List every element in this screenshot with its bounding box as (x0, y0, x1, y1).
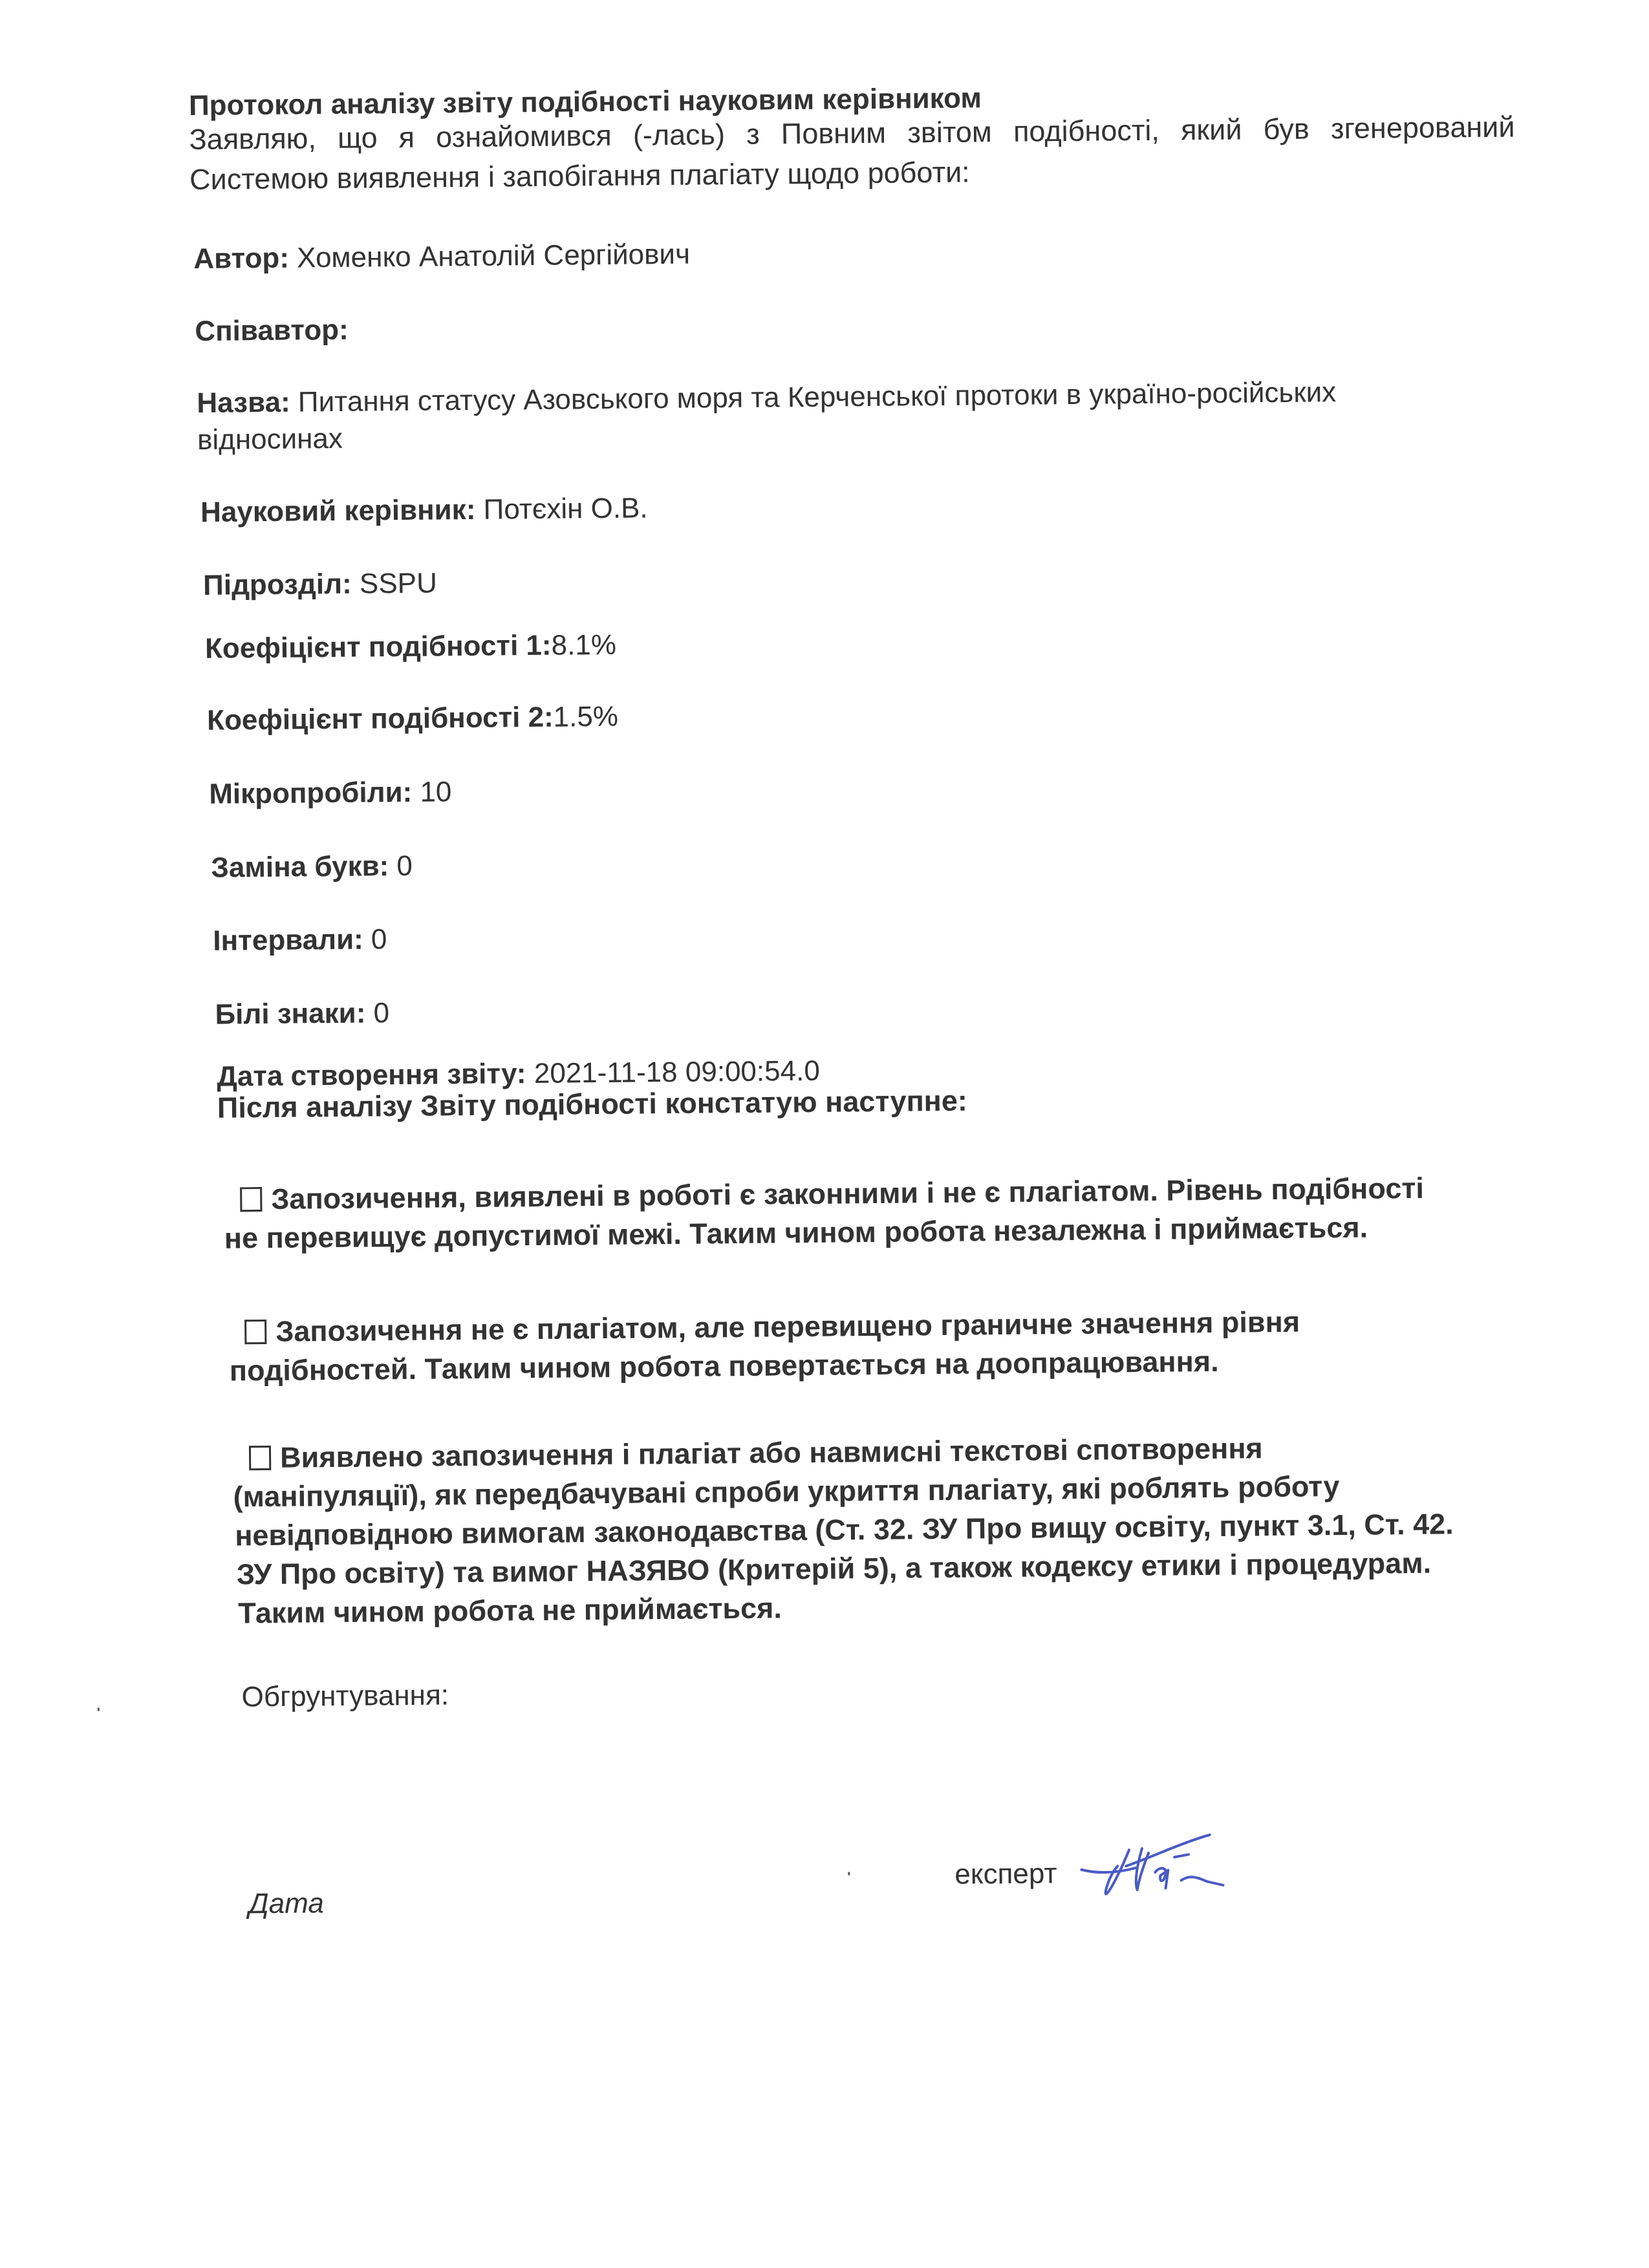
field-letter-replacement: Заміна букв: 0 (211, 850, 413, 885)
option-1-checkbox[interactable] (240, 1187, 262, 1212)
expert-label: експерт (954, 1857, 1057, 1892)
option-3-text: Виявлено запозичення і плагіат або навми… (280, 1431, 1263, 1474)
option-1-line-2: не перевищує допустимої межі. Таким чино… (224, 1211, 1368, 1256)
field-value: 8.1% (551, 629, 616, 661)
field-title: Назва: Питання статусу Азовського моря т… (197, 376, 1336, 420)
field-label: Інтервали: (213, 924, 363, 957)
field-title-line-2: відносинах (197, 422, 343, 457)
option-2-line-1: Запозичення не є плагіатом, але перевище… (244, 1305, 1300, 1349)
field-coauthor: Співавтор: (195, 314, 349, 348)
option-2-checkbox[interactable] (244, 1320, 266, 1344)
field-supervisor: Науковий керівник: Потєхін О.В. (200, 491, 648, 530)
field-similarity-1: Коефіцієнт подібності 1:8.1% (205, 628, 616, 666)
scan-speck (848, 1872, 850, 1875)
field-label: Заміна букв: (211, 850, 389, 884)
option-1-line-1: Запозичення, виявлені в роботі є законни… (240, 1171, 1424, 1217)
field-author: Автор: Хоменко Анатолій Сергійович (193, 238, 690, 276)
document-page: Протокол аналізу звіту подібності науков… (0, 0, 1649, 2268)
field-intervals: Інтервали: 0 (213, 923, 387, 958)
field-label: Коефіцієнт подібності 2: (207, 701, 554, 736)
field-label: Співавтор: (195, 314, 349, 347)
field-value: Питання статусу Азовського моря та Керче… (290, 376, 1336, 418)
field-value: 2021-11-18 09:00:54.0 (526, 1055, 820, 1089)
option-3-checkbox[interactable] (249, 1446, 271, 1470)
date-label: Дата (248, 1887, 324, 1921)
field-label: Автор: (193, 242, 289, 275)
option-2-text: Запозичення не є плагіатом, але перевище… (275, 1305, 1300, 1348)
option-3-line-3: невідповідною вимогам законодавства (Ст.… (235, 1507, 1454, 1552)
signature-icon (1077, 1830, 1233, 1909)
scan-speck (98, 1708, 100, 1711)
field-microspaces: Мікропробіли: 10 (209, 775, 452, 811)
field-label: Науковий керівник: (200, 494, 476, 528)
field-similarity-2: Коефіцієнт подібності 2:1.5% (207, 700, 618, 738)
field-value: Потєхін О.В. (475, 492, 648, 526)
field-value: 10 (412, 776, 452, 808)
field-value: 0 (389, 850, 413, 882)
field-label: Білі знаки: (215, 998, 365, 1031)
option-2-line-2: подібностей. Таким чином робота повертає… (230, 1345, 1219, 1388)
field-label: Підрозділ: (203, 568, 352, 601)
field-label: Коефіцієнт подібності 1: (205, 630, 552, 665)
option-3-line-5: Таким чином робота не приймається. (238, 1591, 782, 1630)
justification-label: Обгрунтування: (241, 1678, 449, 1714)
option-1-text: Запозичення, виявлені в роботі є законни… (271, 1171, 1424, 1215)
intro-line-2: Системою виявлення і запобігання плагіат… (189, 155, 970, 197)
field-department: Підрозділ: SSPU (203, 566, 437, 602)
conclusion-heading: Після аналізу Звіту подібності констатую… (217, 1084, 967, 1125)
field-white-chars: Білі знаки: 0 (215, 996, 389, 1032)
field-value: SSPU (352, 567, 438, 599)
field-value: 1.5% (553, 701, 618, 733)
option-3-line-1: Виявлено запозичення і плагіат або навми… (249, 1431, 1263, 1475)
field-label: Мікропробіли: (209, 776, 413, 810)
field-value: Хоменко Анатолій Сергійович (289, 239, 690, 274)
field-label: Дата створення звіту: (217, 1058, 526, 1093)
field-value: 0 (365, 997, 389, 1029)
field-value: 0 (363, 923, 387, 955)
option-3-line-4: ЗУ Про освіту) та вимог НАЗЯВО (Критерій… (237, 1546, 1432, 1592)
option-3-line-2: (маніпуляції), як передбачувані спроби у… (233, 1470, 1339, 1514)
field-label: Назва: (197, 387, 290, 419)
